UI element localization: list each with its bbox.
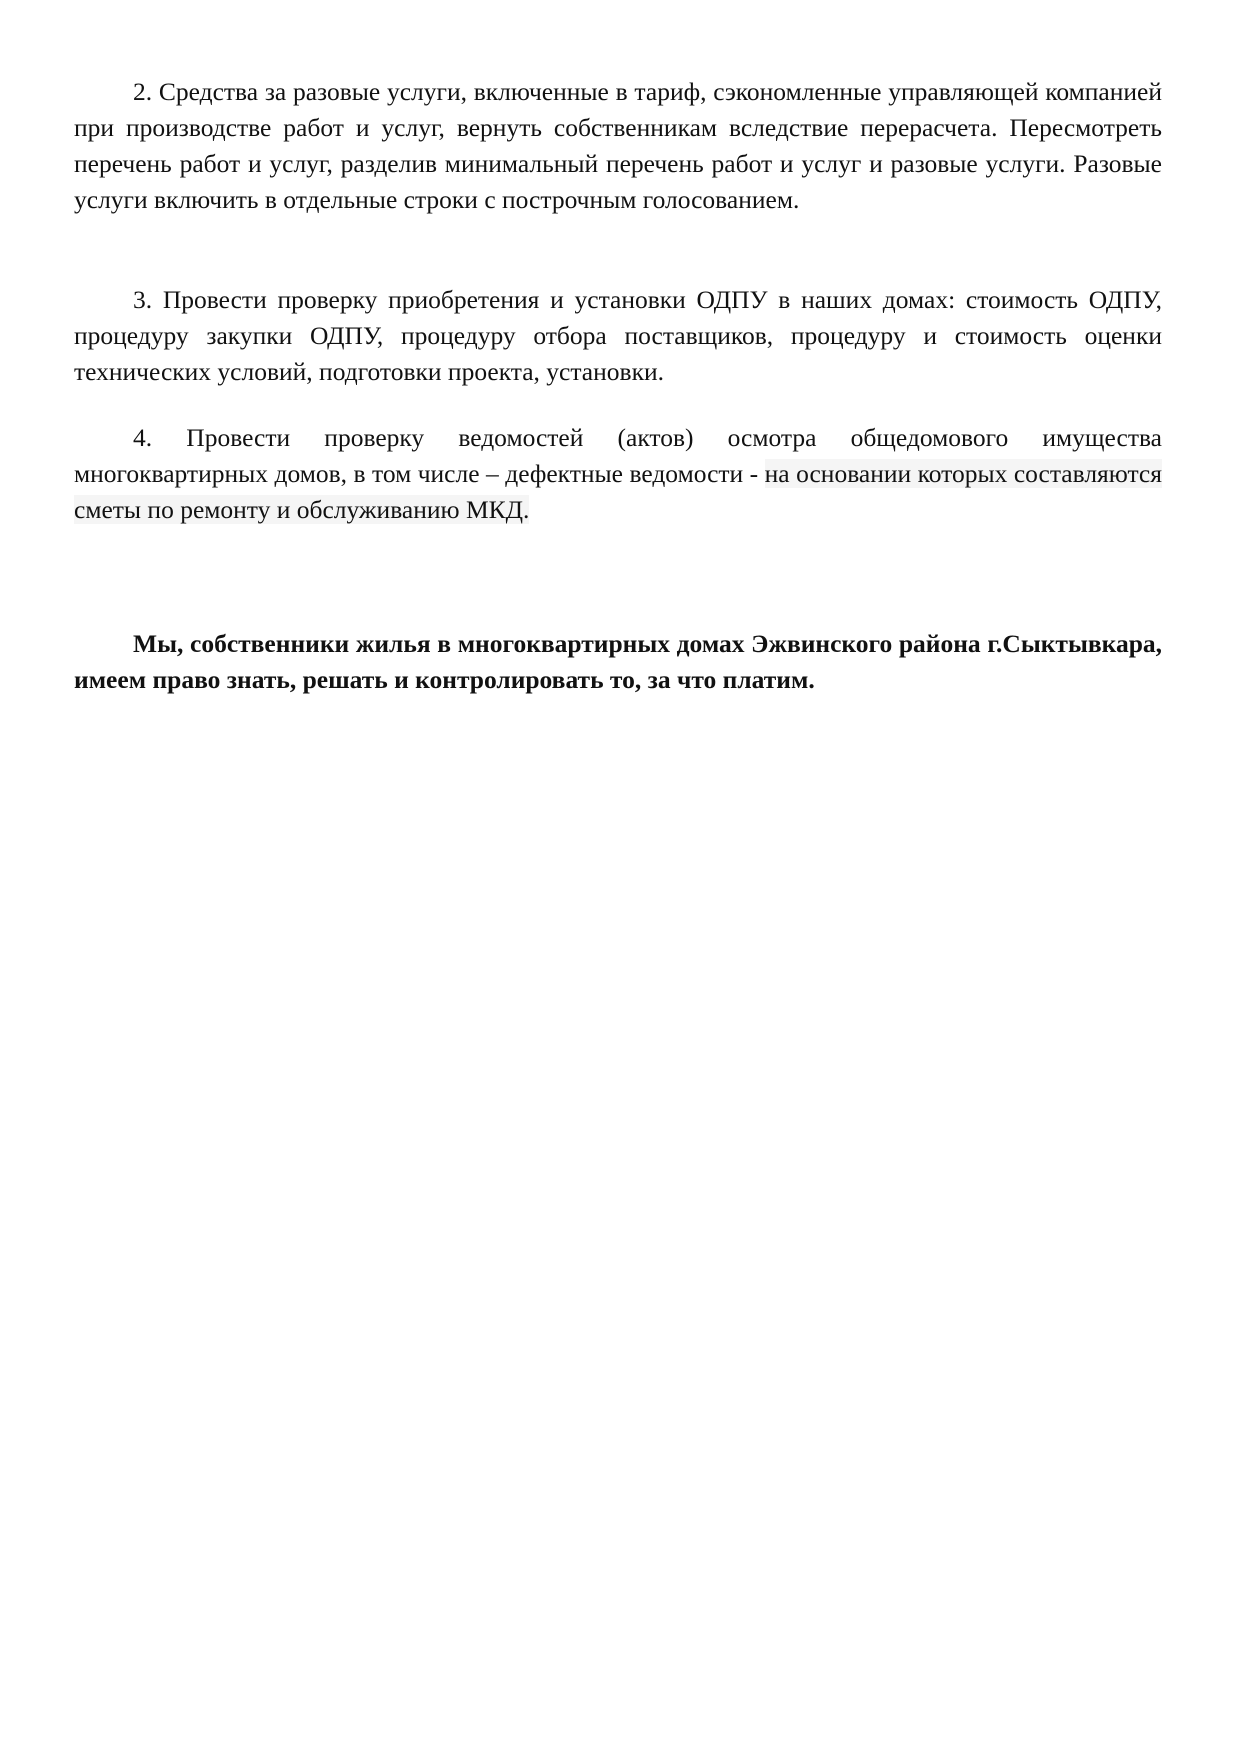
paragraph-item-3: 3. Провести проверку приобретения и уста…	[74, 282, 1162, 390]
paragraph-item-2: 2. Средства за разовые услуги, включенны…	[74, 74, 1162, 218]
closing-statement: Мы, собственники жилья в многоквартирных…	[74, 626, 1162, 698]
paragraph-item-4: 4. Провести проверку ведомостей (актов) …	[74, 420, 1162, 528]
